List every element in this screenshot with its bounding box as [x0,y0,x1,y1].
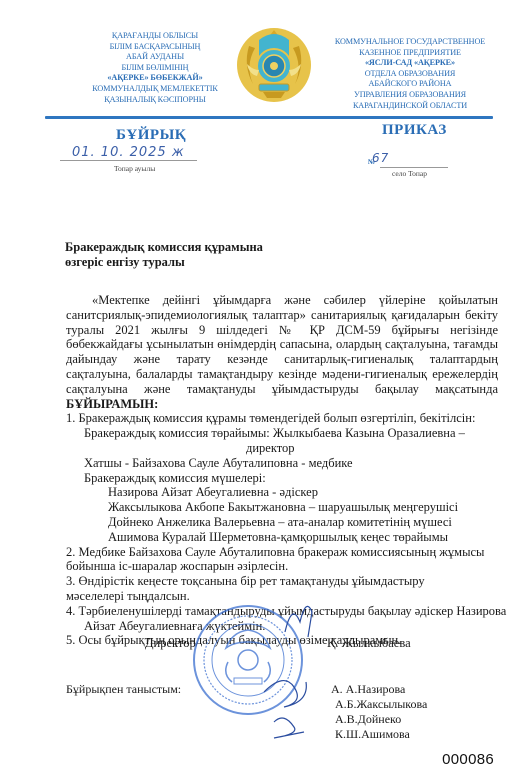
number-underline [380,167,448,168]
header-left-line: «АҚЕРКЕ» БӨБЕКЖАЙ» [60,73,250,84]
header-right-line: АБАЙСКОГО РАЙОНА [320,79,500,90]
acknowledgement-name: А.В.Дойнеко [331,712,427,727]
acknowledgement-name: А. А.Назирова [331,682,427,697]
header-right-org-ru: КОММУНАЛЬНОЕ ГОСУДАРСТВЕННОЕ КАЗЕННОЕ ПР… [320,37,500,111]
commission-chair: Бракераждық комиссия төрайымы: Жылкыбаев… [66,426,498,441]
signature-mark [280,592,320,642]
preamble-text: «Мектепке дейінгі ұйымдарға және сәбилер… [66,293,498,396]
order-word: БҰЙЫРАМЫН: [66,397,158,411]
preamble-paragraph: «Мектепке дейінгі ұйымдарға және сәбилер… [66,293,498,411]
item-2-line: 2. Медбике Байзахова Сауле Абуталиповна … [66,545,498,560]
signer-name: Қ. Жылкыбаева [327,636,411,651]
item-2-line: бойынша іс-шаралар жоспарын әзірлесін. [66,559,498,574]
member-item: Дойнеко Анжелика Валерьевна – ата-аналар… [66,515,498,530]
member-item: Жаксылыкова Акбопе Бакытжановна – шаруаш… [66,500,498,515]
header-left-line: ҚАРАҒАНДЫ ОБЛЫСЫ [60,31,250,42]
members-label: Бракераждық комиссия мүшелері: [66,471,498,486]
commission-chair-role: директор [66,441,498,456]
member-item: Назирова Айзат Абеугалиевна - әдіскер [66,485,498,500]
document-title-line: өзгеріс енгізу туралы [65,255,263,270]
commission-secretary: Хатшы - Байзахова Сауле Абуталиповна - м… [66,456,498,471]
header-right-line: УПРАВЛЕНИЯ ОБРАЗОВАНИЯ [320,90,500,101]
order-number: 67 [372,151,389,165]
place-ru: село Топар [392,169,427,178]
header-left-line: КОММУНАЛДЫҚ МЕМЛЕКЕТТІК [60,84,250,95]
header-right-line: КАРАГАНДИНСКОЙ ОБЛАСТИ [320,101,500,112]
order-title-ru: ПРИКАЗ [382,122,447,139]
document-serial-number: 000086 [442,751,494,768]
acknowledgement-name: А.Б.Жаксылыкова [331,697,427,712]
header-left-line: БІЛІМ БАСҚАРАСЫНЫҢ [60,42,250,53]
header-right-line: КАЗЕННОЕ ПРЕДПРИЯТИЕ [320,48,500,59]
signer-position: Директор [145,636,196,651]
header-left-line: ҚАЗЫНАЛЫҚ КӘСІПОРНЫ [60,95,250,106]
header-left-line: АБАЙ АУДАНЫ [60,52,250,63]
acknowledgement-list: А. А.Назирова А.Б.Жаксылыкова А.В.Дойнек… [331,682,427,742]
header-right-line: ОТДЕЛА ОБРАЗОВАНИЯ [320,69,500,80]
header-right-line: КОММУНАЛЬНОЕ ГОСУДАРСТВЕННОЕ [320,37,500,48]
date-underline [60,160,197,161]
place-kz: Топар ауылы [114,164,155,173]
item-3-line: 3. Өндірістік кеңесте тоқсанына бір рет … [66,574,498,589]
order-title-kz: БҰЙРЫҚ [116,127,186,144]
state-emblem-icon [235,26,313,104]
document-title-line: Бракераждық комиссия құрамына [65,240,263,255]
header-left-line: БІЛІМ БӨЛІМІНІҢ [60,63,250,74]
item-1: 1. Бракераждық комиссия құрамы төмендегі… [66,411,498,426]
header-divider [45,116,493,119]
signature-mark [254,672,314,742]
header-left-org-kz: ҚАРАҒАНДЫ ОБЛЫСЫ БІЛІМ БАСҚАРАСЫНЫҢ АБАЙ… [60,31,250,105]
header-right-line: «ЯСЛИ-САД «АҚЕРКЕ» [320,58,500,69]
acknowledgement-name: К.Ш.Ашимова [331,727,427,742]
document-title: Бракераждық комиссия құрамына өзгеріс ен… [65,240,263,270]
order-date: 01. 10. 2025 ж [72,145,185,160]
acknowledgement-label: Бұйрықпен таныстым: [66,682,181,697]
member-item: Ашимова Куралай Шерметовна-қамқоршылық к… [66,530,498,545]
